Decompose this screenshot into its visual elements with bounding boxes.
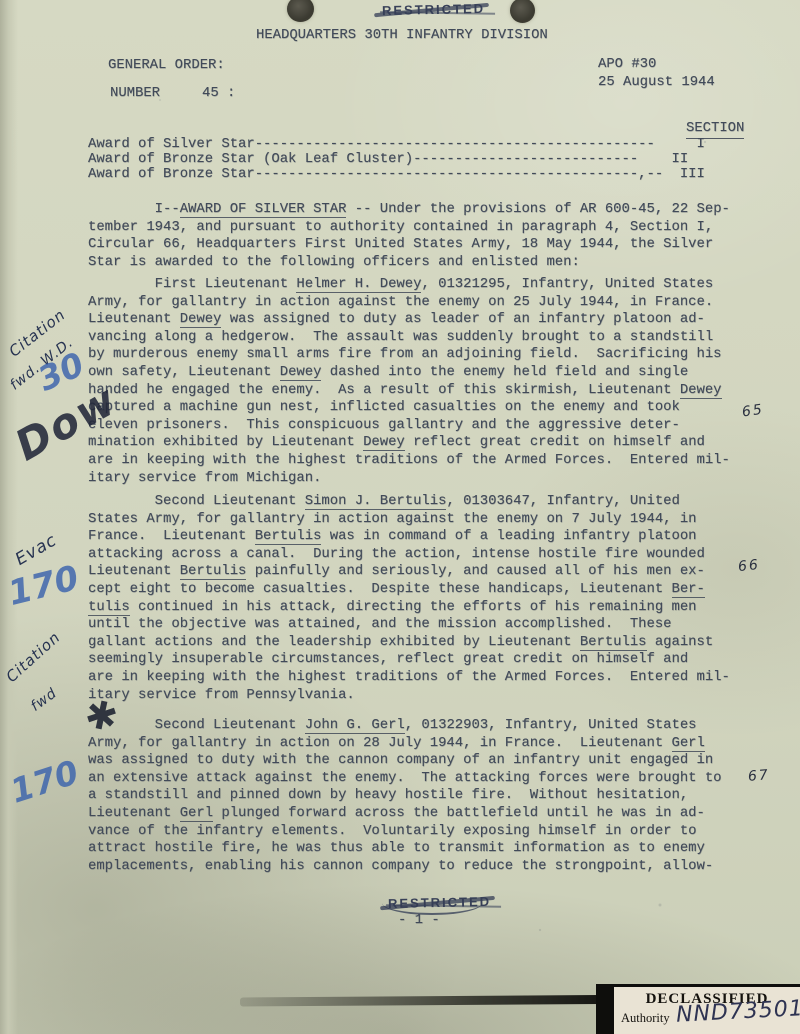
typed-line: Lieutenant Bertulis painfully and seriou…: [88, 563, 748, 581]
typed-text: was assigned to duty with the cannon com…: [88, 752, 713, 768]
typed-text: plunged forward across the battlefield u…: [213, 805, 705, 821]
typed-text: I--: [88, 201, 180, 217]
typed-text: was in command of a leading infantry pla…: [321, 528, 696, 544]
typed-line: itary service from Pennsylvania.: [88, 687, 748, 705]
typed-text: vance of the infantry elements. Voluntar…: [88, 823, 697, 839]
typed-text: against: [647, 634, 714, 650]
typed-line: Army, for gallantry in action on 28 July…: [88, 735, 748, 753]
typed-line: Lieutenant Dewey was assigned to duty as…: [88, 311, 748, 329]
typed-text: tember 1943, and pursuant to authority c…: [88, 219, 713, 235]
typed-text: seemingly insuperable circumstances, ref…: [88, 651, 688, 667]
paragraph-dewey-citation: First Lieutenant Helmer H. Dewey, 013212…: [88, 276, 748, 487]
paragraph-award-intro: I--AWARD OF SILVER STAR -- Under the pro…: [88, 201, 748, 271]
typed-text: itary service from Pennsylvania.: [88, 687, 355, 703]
typed-line: are in keeping with the highest traditio…: [88, 452, 748, 470]
margin-number-67: 67: [747, 767, 770, 785]
number-value: 45 :: [202, 85, 235, 101]
typed-text: Lieutenant: [88, 805, 180, 821]
order-number-line: NUMBER45 :: [110, 85, 235, 103]
typed-line: by murderous enemy small arms fire from …: [88, 346, 748, 364]
typed-text: an extensive attack against the enemy. T…: [88, 770, 722, 786]
typed-text: was assigned to duty as leader of an inf…: [221, 311, 704, 327]
declassified-label-frame: DECLASSIFIED Authority NND735017: [596, 984, 800, 1034]
number-label: NUMBER: [110, 85, 160, 101]
typed-line: was assigned to duty with the cannon com…: [88, 752, 748, 770]
underlined-name: Simon J. Bertulis: [305, 493, 447, 510]
typed-line: seemingly insuperable circumstances, ref…: [88, 651, 748, 669]
typed-line: First Lieutenant Helmer H. Dewey, 013212…: [88, 276, 748, 294]
typed-text: by murderous enemy small arms fire from …: [88, 346, 722, 362]
underlined-name: Gerl: [672, 735, 705, 752]
underlined-name: Bertulis: [180, 563, 247, 580]
underlined-name: Dewey: [363, 434, 405, 451]
typed-line: States Army, for gallantry in action aga…: [88, 511, 748, 529]
typed-text: Army, for gallantry in action on 28 July…: [88, 735, 672, 751]
typed-line: tember 1943, and pursuant to authority c…: [88, 219, 748, 237]
paper-left-edge: [0, 0, 18, 1034]
typed-text: Lieutenant: [88, 563, 180, 579]
margin-note-fwd: fwd: [28, 685, 60, 715]
typed-text: mination exhibited by Lieutenant: [88, 434, 363, 450]
typed-text: States Army, for gallantry in action aga…: [88, 511, 697, 527]
typed-text: Circular 66, Headquarters First United S…: [88, 236, 713, 252]
typed-line: are in keeping with the highest traditio…: [88, 669, 748, 687]
paragraph-bertulis-citation: Second Lieutenant Simon J. Bertulis, 013…: [88, 493, 748, 704]
underlined-name: Ber-: [672, 581, 705, 598]
apo-number: APO #30: [598, 56, 656, 74]
typed-line: France. Lieutenant Bertulis was in comma…: [88, 528, 748, 546]
typed-line: attacking across a canal. During the act…: [88, 546, 748, 564]
typed-text: reflect great credit on himself and: [405, 434, 705, 450]
typed-line: tulis continued in his attack, directing…: [88, 599, 748, 617]
typed-line: Army, for gallantry in action against th…: [88, 294, 748, 312]
typed-line: Second Lieutenant Simon J. Bertulis, 013…: [88, 493, 748, 511]
typed-text: Second Lieutenant: [88, 717, 305, 733]
underlined-name: AWARD OF SILVER STAR: [180, 201, 347, 218]
typed-text: gallant actions and the leadership exhib…: [88, 634, 580, 650]
typed-text: eleven prisoners. This conspicuous galla…: [88, 417, 680, 433]
typed-line: vance of the infantry elements. Voluntar…: [88, 823, 748, 841]
typed-text: are in keeping with the highest traditio…: [88, 452, 730, 468]
document-page: RESTRICTED HEADQUARTERS 30TH INFANTRY DI…: [0, 0, 800, 1034]
typed-text: Second Lieutenant: [88, 493, 305, 509]
typed-line: Lieutenant Gerl plunged forward across t…: [88, 805, 748, 823]
typed-text: until the objective was attained, and th…: [88, 616, 672, 632]
typed-text: dashed into the enemy held field and sin…: [321, 364, 688, 380]
typed-text: own safety, Lieutenant: [88, 364, 280, 380]
typed-line: captured a machine gun nest, inflicted c…: [88, 399, 748, 417]
typed-line: I--AWARD OF SILVER STAR -- Under the pro…: [88, 201, 748, 219]
org-title: HEADQUARTERS 30TH INFANTRY DIVISION: [256, 27, 548, 45]
typed-line: eleven prisoners. This conspicuous galla…: [88, 417, 748, 435]
typed-line: vancing along a hedgerow. The assault wa…: [88, 329, 748, 347]
typed-text: attract hostile fire, he was thus able t…: [88, 840, 705, 856]
typed-text: itary service from Michigan.: [88, 470, 321, 486]
authority-label: Authority: [621, 1011, 670, 1026]
typed-text: continued in his attack, directing the e…: [130, 599, 697, 615]
typed-line: gallant actions and the leadership exhib…: [88, 634, 748, 652]
typed-line: mination exhibited by Lieutenant Dewey r…: [88, 434, 748, 452]
typed-text: are in keeping with the highest traditio…: [88, 669, 730, 685]
typed-line: Second Lieutenant John G. Gerl, 01322903…: [88, 717, 748, 735]
typed-text: painfully and seriously, and caused all …: [246, 563, 704, 579]
typed-text: Star is awarded to the following officer…: [88, 254, 580, 270]
typed-text: , 01303647, Infantry, United: [446, 493, 679, 509]
paragraph-gerl-citation: Second Lieutenant John G. Gerl, 01322903…: [88, 717, 748, 875]
declassified-label: DECLASSIFIED Authority NND735017: [614, 987, 800, 1034]
typed-line: cept eight to become casualties. Despite…: [88, 581, 748, 599]
punch-hole-right: [510, 0, 535, 23]
underlined-name: Bertulis: [255, 528, 322, 545]
typed-line: handed he engaged the enemy. As a result…: [88, 382, 748, 400]
typed-line: attract hostile fire, he was thus able t…: [88, 840, 748, 858]
order-date: 25 August 1944: [598, 74, 715, 92]
typed-text: , 01322903, Infantry, United States: [405, 717, 697, 733]
margin-number-65: 65: [741, 402, 765, 421]
typed-text: First Lieutenant: [88, 276, 296, 292]
underlined-name: Helmer H. Dewey: [296, 276, 421, 293]
typed-line: Circular 66, Headquarters First United S…: [88, 236, 748, 254]
typed-text: a standstill and pinned down by heavy ho…: [88, 787, 688, 803]
underlined-name: Dewey: [180, 311, 222, 328]
typed-text: France. Lieutenant: [88, 528, 255, 544]
typed-line: Star is awarded to the following officer…: [88, 254, 748, 272]
margin-number-66: 66: [737, 557, 760, 575]
restricted-stamp-top: RESTRICTED: [382, 1, 485, 18]
typed-text: Lieutenant: [88, 311, 180, 327]
underlined-name: John G. Gerl: [305, 717, 405, 734]
typed-text: attacking across a canal. During the act…: [88, 546, 705, 562]
typed-text: handed he engaged the enemy. As a result…: [88, 382, 680, 398]
typed-line: own safety, Lieutenant Dewey dashed into…: [88, 364, 748, 382]
punch-hole-left: [287, 0, 314, 22]
typed-line: an extensive attack against the enemy. T…: [88, 770, 748, 788]
typed-text: vancing along a hedgerow. The assault wa…: [88, 329, 713, 345]
typed-text: captured a machine gun nest, inflicted c…: [88, 399, 680, 415]
page-number: - 1 -: [398, 912, 440, 930]
underlined-name: Bertulis: [580, 634, 647, 651]
typed-text: emplacements, enabling his cannon compan…: [88, 858, 713, 874]
typed-line: until the objective was attained, and th…: [88, 616, 748, 634]
underlined-name: Dewey: [680, 382, 722, 399]
typed-text: cept eight to become casualties. Despite…: [88, 581, 672, 597]
typed-text: , 01321295, Infantry, United States: [421, 276, 713, 292]
typed-text: Army, for gallantry in action against th…: [88, 294, 713, 310]
underlined-name: Dewey: [280, 364, 322, 381]
typed-line: itary service from Michigan.: [88, 470, 748, 488]
section-row-bronze-star: Award of Bronze Star--------------------…: [88, 166, 705, 184]
order-label: GENERAL ORDER:: [108, 57, 225, 75]
typed-text: -- Under the provisions of AR 600-45, 22…: [346, 201, 729, 217]
typed-line: emplacements, enabling his cannon compan…: [88, 858, 748, 876]
typed-line: a standstill and pinned down by heavy ho…: [88, 787, 748, 805]
underlined-name: Gerl: [180, 805, 213, 822]
underlined-name: tulis: [88, 599, 130, 616]
